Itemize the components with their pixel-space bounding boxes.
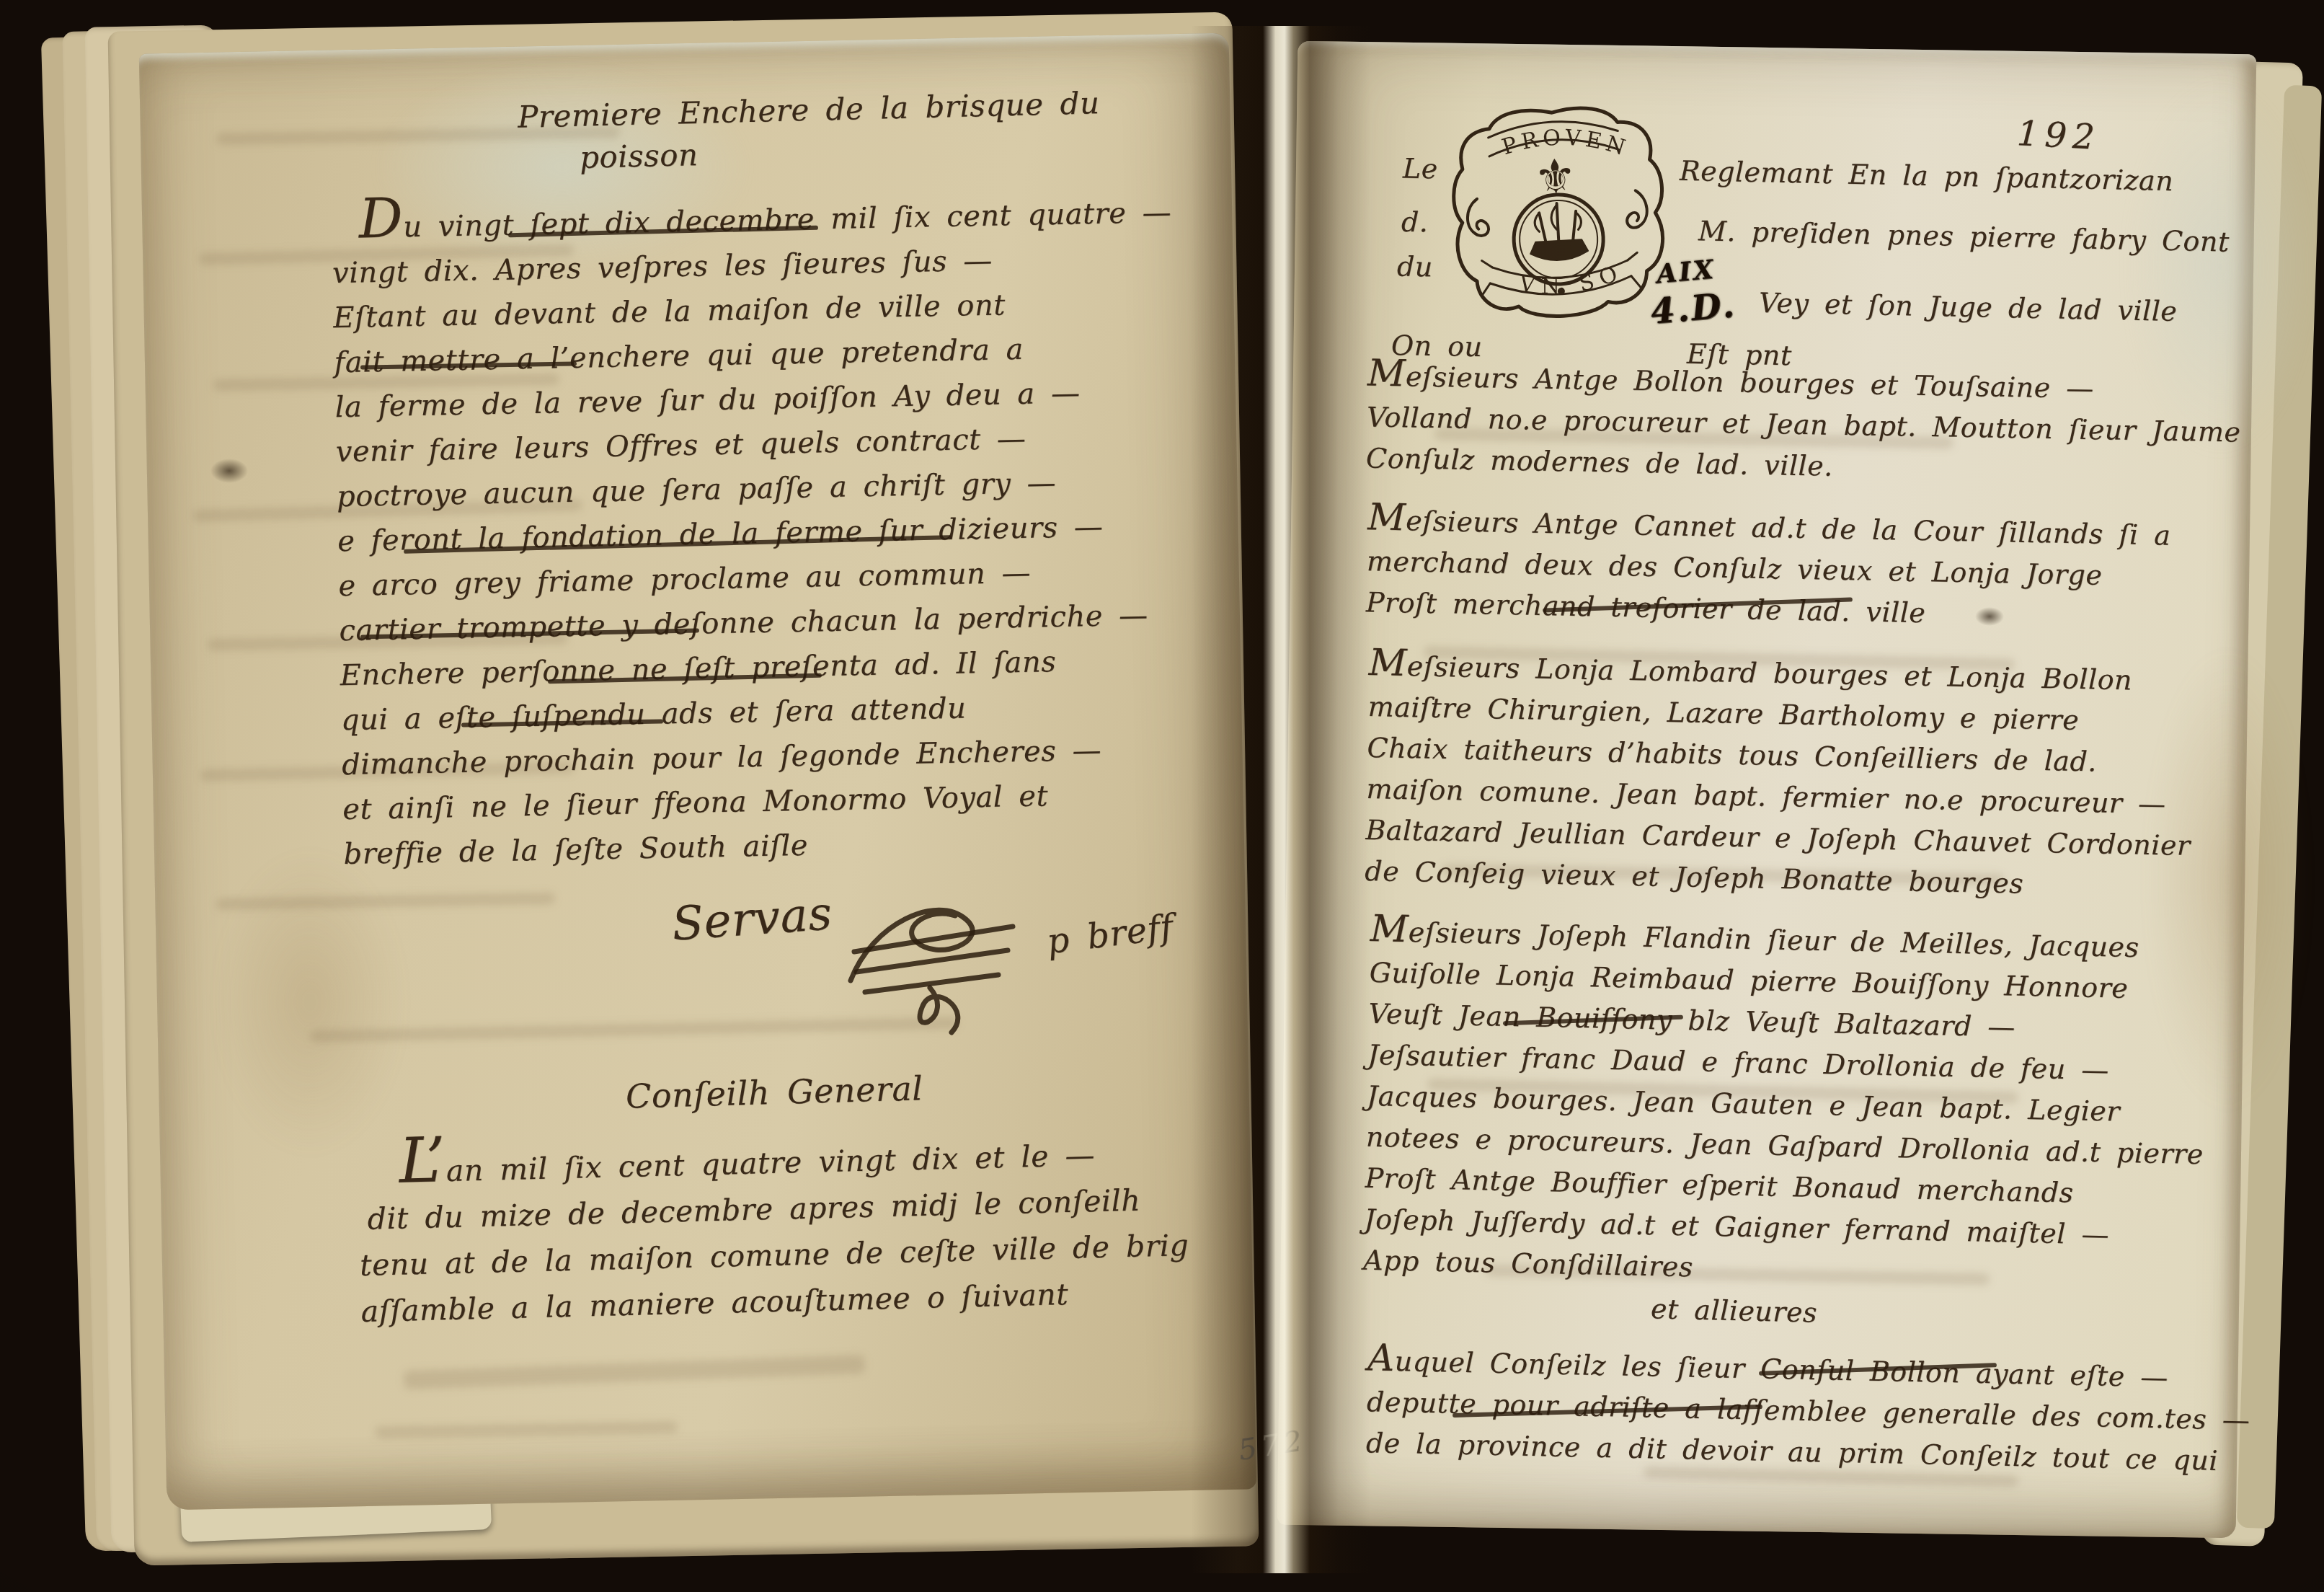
margin-note: du	[1397, 251, 1434, 283]
stamp-side-scroll-left	[1467, 198, 1489, 236]
stamp-side-scroll-right	[1626, 190, 1648, 229]
signature-paraph-flourish	[822, 844, 1060, 1045]
paragraph-d-tail: et allieures	[1650, 1293, 1817, 1329]
left-page-heading-line2: poisson	[579, 137, 698, 175]
manuscript-photograph: { "book": { "left_page": { "heading_line…	[0, 0, 2324, 1592]
ink-blot	[210, 459, 248, 483]
fleur-de-lis-icon: ⚜	[1533, 149, 1578, 206]
margin-note: Le	[1403, 153, 1438, 185]
stamp-ship-masts	[1539, 203, 1578, 242]
folio-number: 192	[2016, 113, 2101, 158]
fiscal-stamp: PROVENCE ⚜ VN SOL	[1439, 97, 1676, 350]
stamp-control-mark-line1: AIX	[1655, 255, 1716, 290]
margin-note: d.	[1401, 206, 1429, 239]
right-page-paragraph-a: Meſsieurs Antge Bollon bourges et Touſsa…	[1366, 353, 2242, 494]
signature: Servas	[670, 887, 834, 951]
council-subheading: Conſeilh General	[625, 1069, 923, 1115]
stamp-control-mark-line2: 4.D.	[1649, 285, 1738, 332]
right-page-paragraph-e: Auquel Conſeilz les ſieur Conſul Bollon …	[1365, 1337, 2251, 1482]
left-page-paragraph-1: Du vingt ſept dix decembre mil ſix cent …	[331, 181, 1184, 877]
right-page-paragraph-b: Meſsieurs Antge Cannet ad.t de la Cour ſ…	[1365, 497, 2171, 638]
left-page-paragraph-2: L’an mil ſix cent quatre vingt dix et le…	[357, 1119, 1191, 1335]
right-page-paragraph-d: Meſsieurs Joſeph Flandin ſieur de Meille…	[1363, 908, 2209, 1299]
right-page-paragraph-c: Meſsieurs Lonja Lombard bourges et Lonja…	[1365, 642, 2194, 908]
stamp-ship-hull	[1530, 239, 1588, 262]
